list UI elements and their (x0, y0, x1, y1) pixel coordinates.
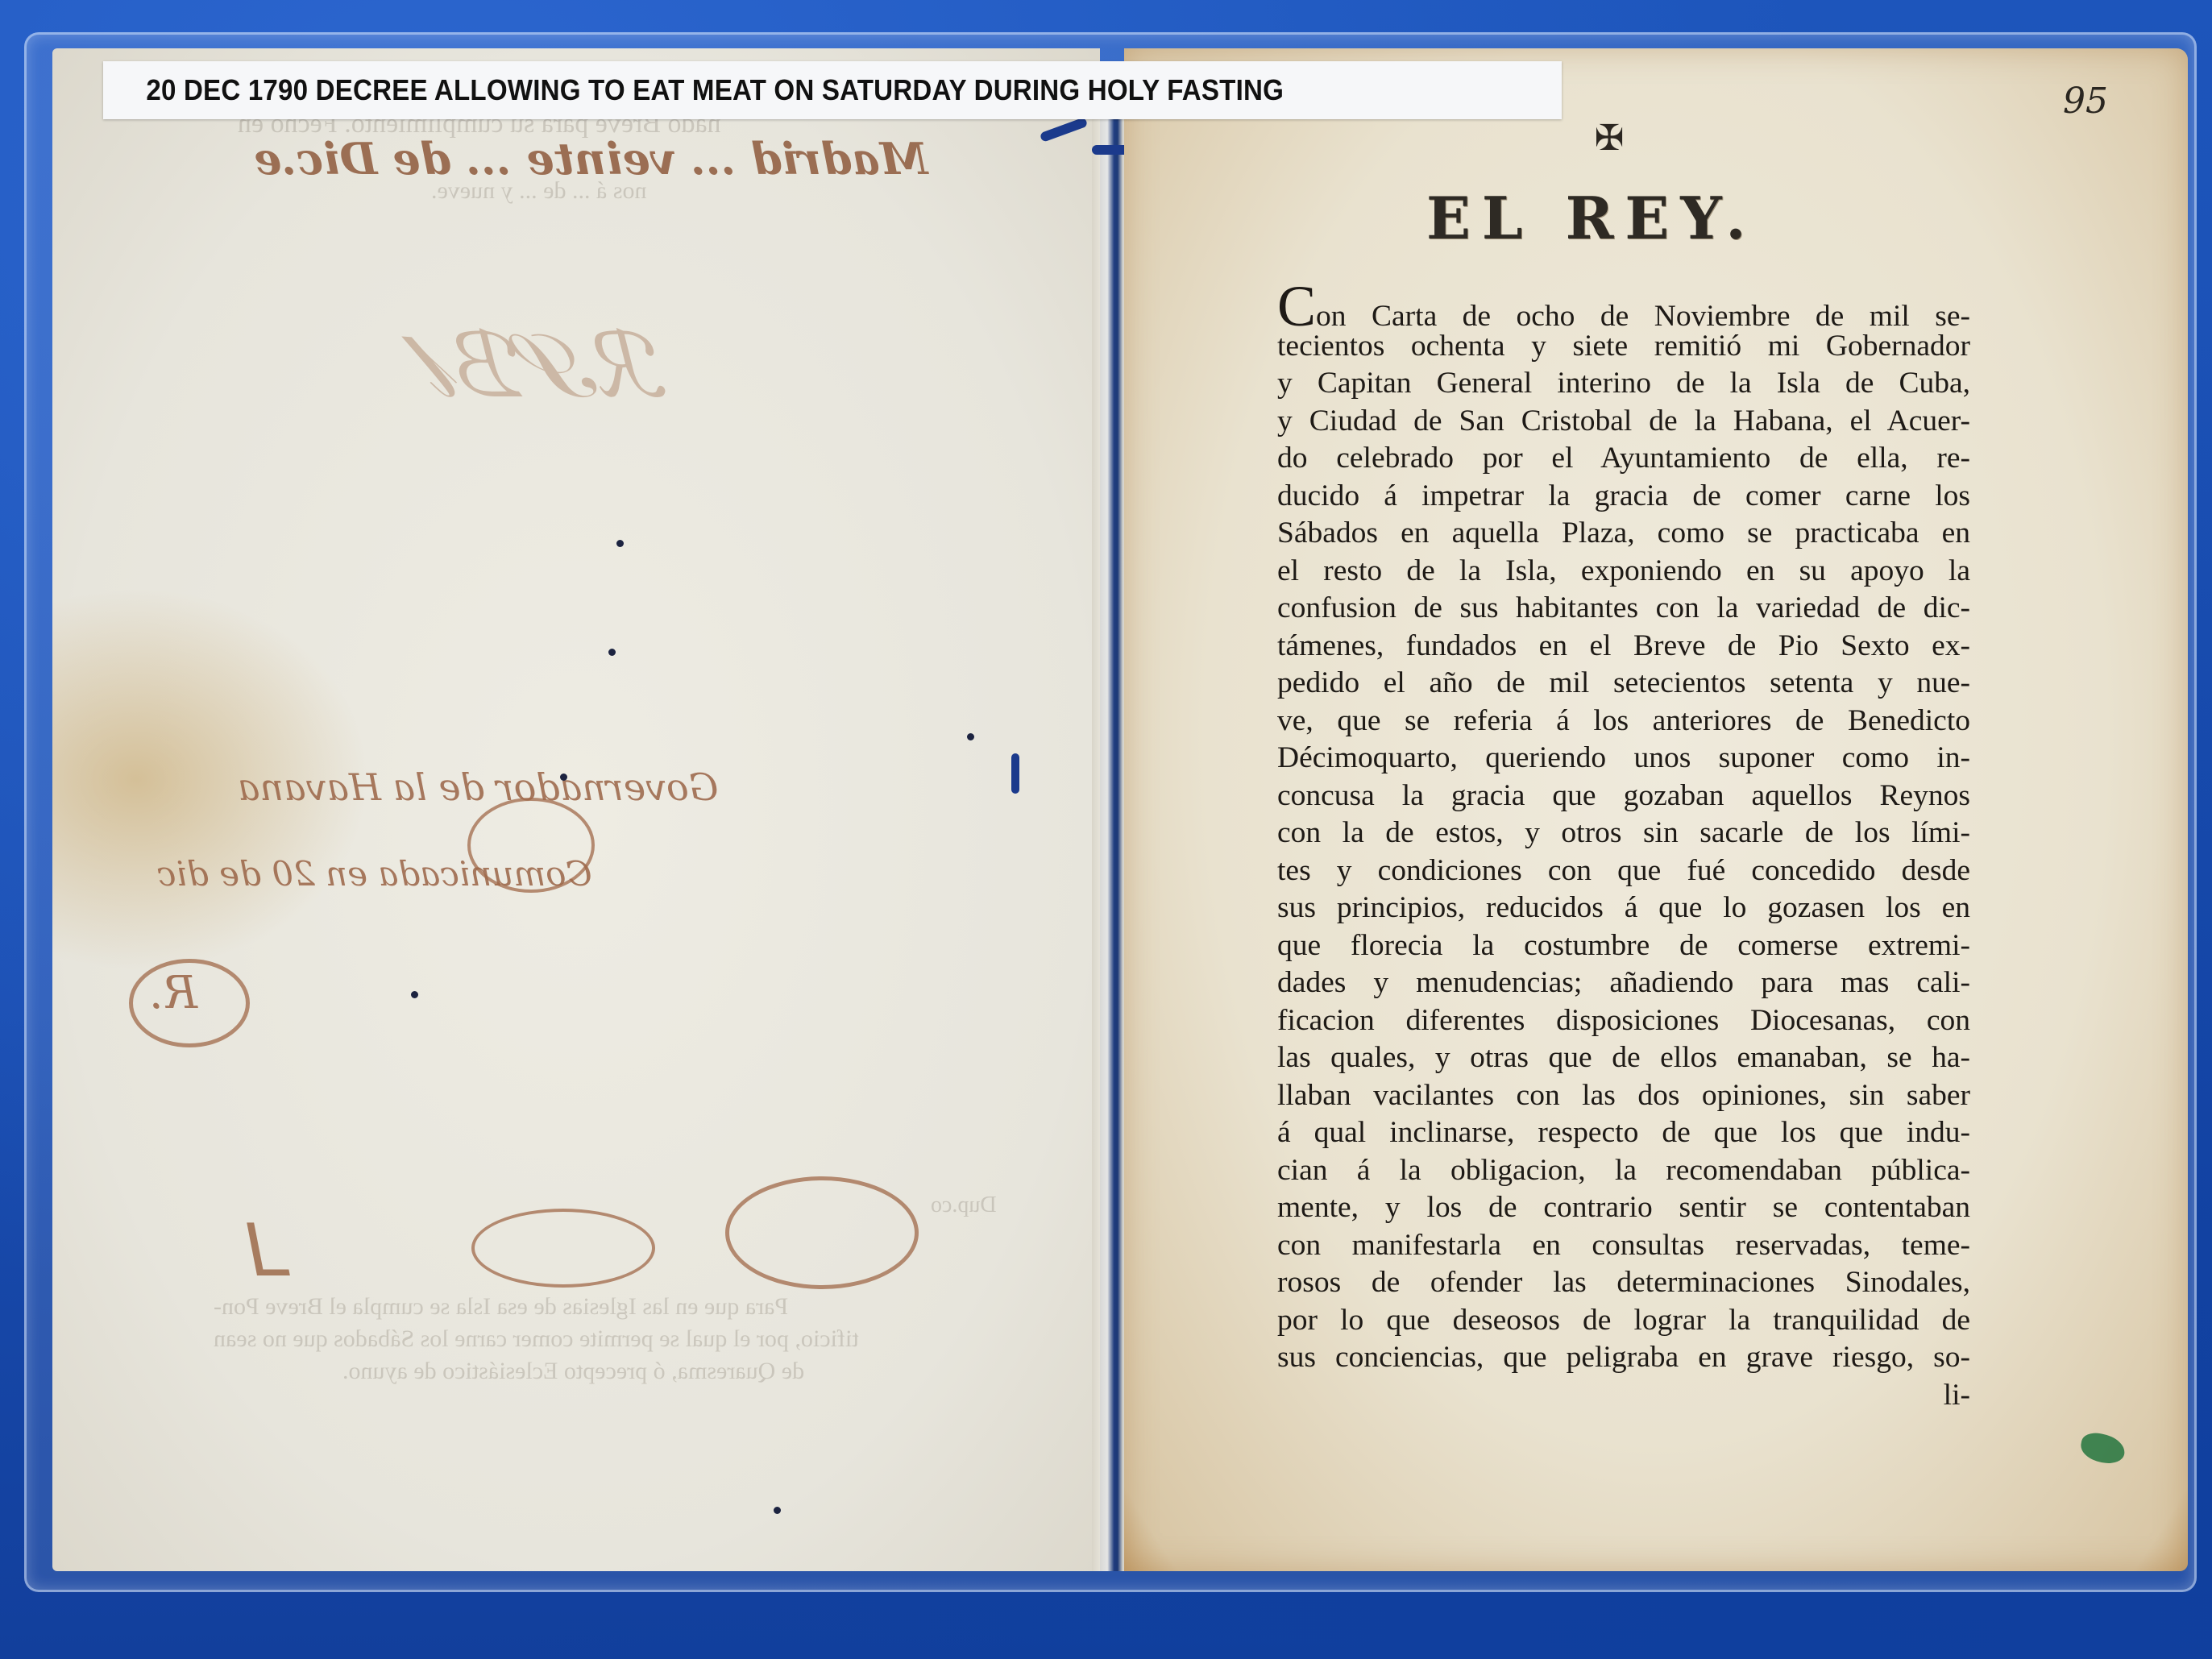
text-line: por lo que deseosos de lograr la tranqui… (1277, 1302, 1970, 1340)
text-line: sus conciencias, que peligraba en grave … (1277, 1339, 1970, 1377)
text-line: ve, que se referia á los anteriores de B… (1277, 703, 1970, 740)
text-line: que florecia la costumbre de comerse ext… (1277, 927, 1970, 965)
ink-dot (560, 774, 567, 781)
text-line: concusa la gracia que gozaban aquellos R… (1277, 778, 1970, 815)
rubric-flourish-1 (725, 1176, 919, 1289)
text-line: llaban vacilantes con las dos opiniones,… (1277, 1077, 1970, 1115)
ink-dot (608, 649, 616, 656)
text-line: sus principios, reducidos á que lo gozas… (1277, 890, 1970, 927)
signature-flourish (467, 798, 595, 893)
text-line: el resto de la Isla, exponiendo en su ap… (1277, 553, 1970, 591)
text-line: cian á la obligacion, la recomendaban pú… (1277, 1152, 1970, 1190)
bleed-through-text-bottom-1: Para que en las Iglesias de esa Isla se … (214, 1293, 788, 1321)
text-line: do celebrado por el Ayuntamiento de ella… (1277, 440, 1970, 478)
folio-number: 95 (2063, 81, 2108, 122)
rubric-flourish-2 (471, 1209, 655, 1288)
ink-dot (616, 540, 624, 547)
manuscript-header: Madrid ... veinte ... de Dic.e (254, 133, 928, 185)
caption-text: 20 DEC 1790 DECREE ALLOWING TO EAT MEAT … (103, 73, 1284, 107)
text-line: y Capitan General interino de la Isla de… (1277, 365, 1970, 403)
text-line: ducido á impetrar la gracia de comer car… (1277, 478, 1970, 516)
ink-dot (774, 1507, 781, 1514)
bleed-through-text-bottom-3: de Quaresma, ó precepto Eclesiástico de … (342, 1358, 804, 1385)
decree-body-text: Con Carta de ocho de Noviembre de mil se… (1277, 290, 1970, 1414)
catchword: li- (1277, 1377, 1970, 1415)
text-line: mente, y los de contrario sentir se cont… (1277, 1189, 1970, 1227)
text-line: rosos de ofender las determinaciones Sin… (1277, 1264, 1970, 1302)
left-page: nado Breve para su cumplimiento. Fecho e… (52, 48, 1100, 1571)
text-line: confusion de sus habitantes con la varie… (1277, 590, 1970, 628)
text-line: ficacion diferentes disposiciones Dioces… (1277, 1002, 1970, 1040)
manuscript-initials: R. (149, 967, 197, 1019)
blue-ink-mark (1011, 753, 1019, 794)
text-line: Décimoquarto, queriendo unos suponer com… (1277, 740, 1970, 778)
faint-monogram: ℛ𝒮ℬ𝓁 (431, 314, 670, 419)
text-line: Sábados en aquella Plaza, como se practi… (1277, 515, 1970, 553)
manuscript-numeral: ⅃ (250, 1209, 290, 1293)
text-line: con la de estos, y otros sin sacarle de … (1277, 815, 1970, 852)
bleed-through-text-bottom-2: tificio, por el qual se permite comer ca… (214, 1325, 859, 1353)
caption-label-strip: 20 DEC 1790 DECREE ALLOWING TO EAT MEAT … (103, 61, 1562, 119)
text-line: dades y menudencias; añadiendo para mas … (1277, 964, 1970, 1002)
text-line: támenes, fundados en el Breve de Pio Sex… (1277, 628, 1970, 666)
marginal-note: Dup.co (931, 1192, 997, 1218)
text-line: tecientos ochenta y siete remitió mi Gob… (1277, 328, 1970, 366)
ink-dot (967, 733, 974, 740)
document-title: EL REY. (1426, 184, 1757, 252)
text-line: tes y condiciones con que fué concedido … (1277, 852, 1970, 890)
text-line: con manifestarla en consultas reservadas… (1277, 1227, 1970, 1265)
text-line: pedido el año de mil setecientos setenta… (1277, 665, 1970, 703)
text-line: á qual inclinarse, respecto de que los q… (1277, 1114, 1970, 1152)
ink-dot (411, 991, 418, 998)
text-line: Con Carta de ocho de Noviembre de mil se… (1277, 290, 1970, 328)
manuscript-signature-1: Governador de la Havana (238, 765, 719, 809)
cross-pattee-icon: ✠ (1592, 121, 1627, 156)
text-line: y Ciudad de San Cristobal de la Habana, … (1277, 403, 1970, 441)
text-line: las quales, y otras que de ellos emanaba… (1277, 1039, 1970, 1077)
